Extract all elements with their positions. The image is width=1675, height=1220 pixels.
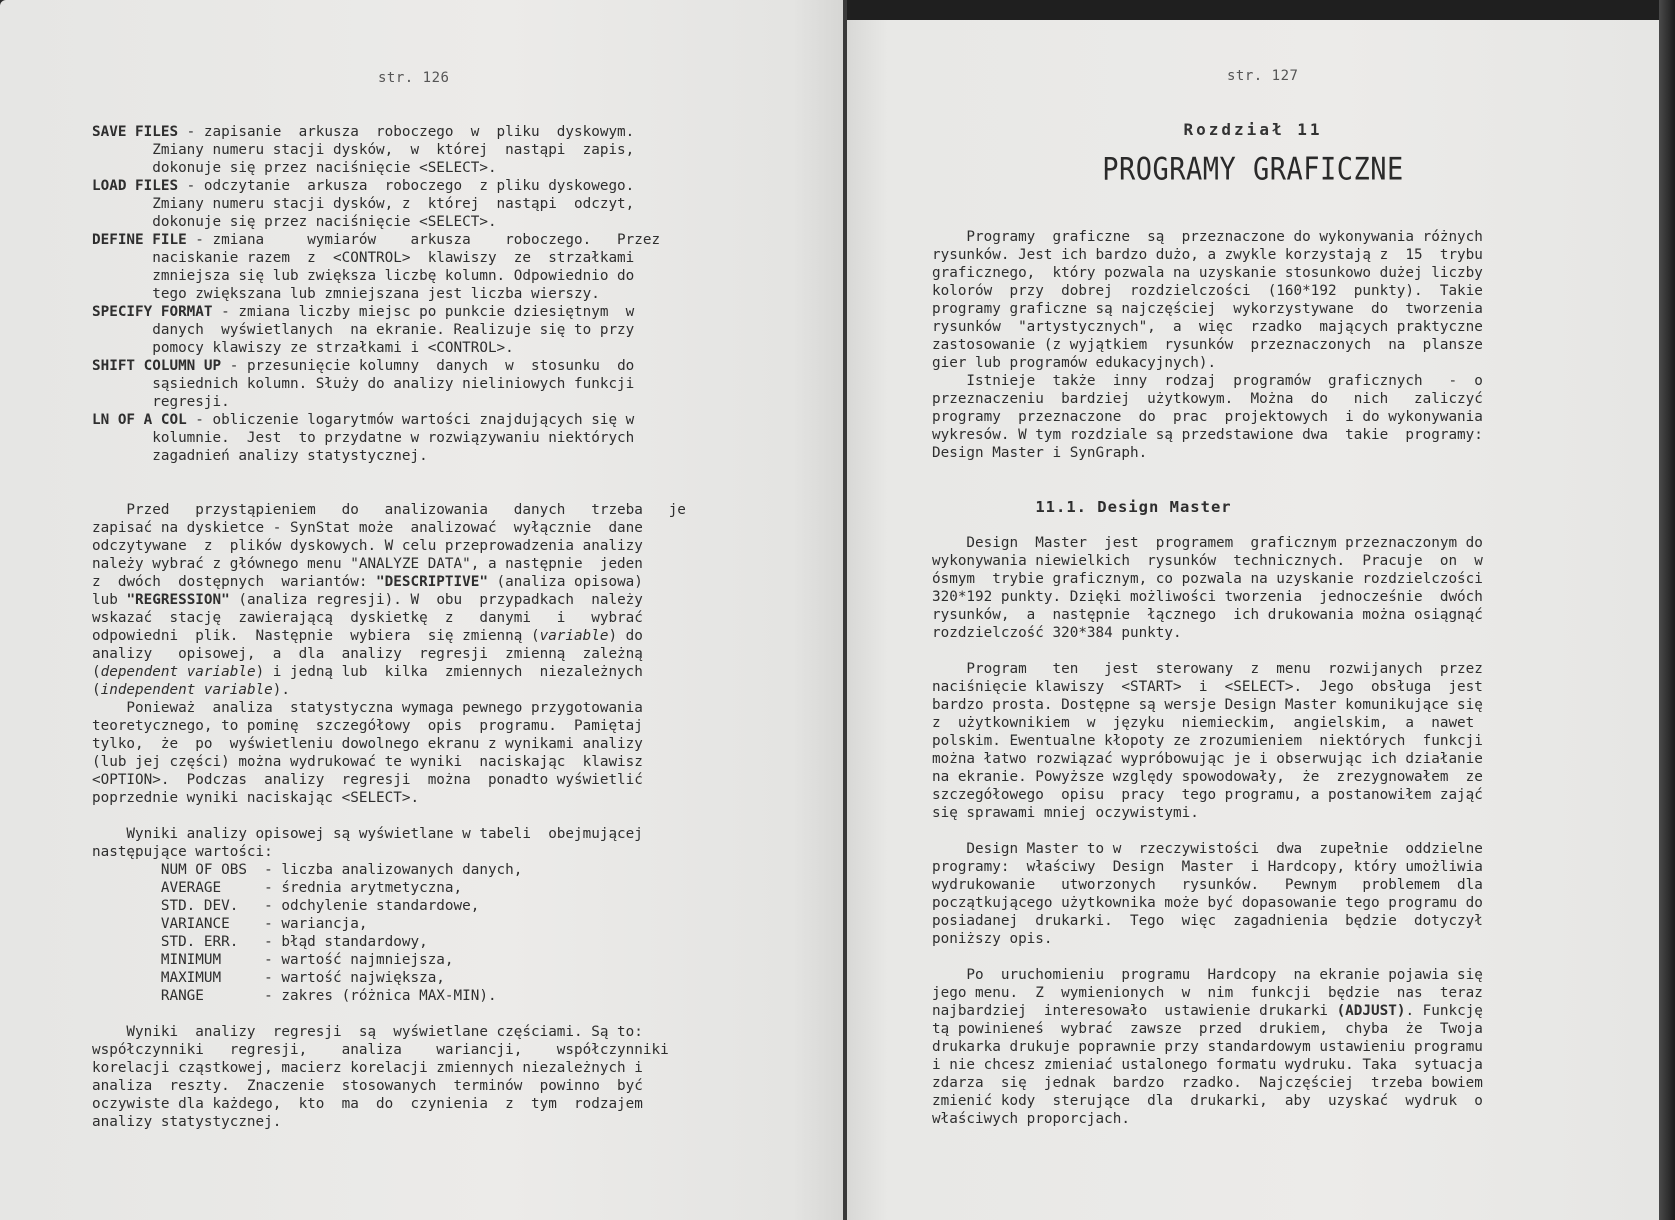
paragraph-line: bardzo prosta. Dostępne są wersje Design… xyxy=(932,696,1483,714)
paragraph-line: drukarka drukuje poprawnie przy standard… xyxy=(932,1038,1483,1056)
definition-item: LOAD FILES - odczytanie arkusza roboczeg… xyxy=(92,177,686,195)
paragraph-line: Design Master to w rzeczywistości dwa zu… xyxy=(932,840,1483,858)
paragraph-line: poprzednie wyniki naciskając <SELECT>. xyxy=(92,789,686,807)
paragraph-line: rysunków "artystycznych", a więc rzadko … xyxy=(932,318,1483,336)
definition-item: SAVE FILES - zapisanie arkusza roboczego… xyxy=(92,123,686,141)
paragraph-line: początkującego użytkownika może być dopa… xyxy=(932,894,1483,912)
definition-item: LN OF A COL - obliczenie logarytmów wart… xyxy=(92,411,686,429)
paragraph-line: Wyniki analizy opisowej są wyświetlane w… xyxy=(92,825,686,843)
paragraph-line: można łatwo rozwiązać wypróbowując je i … xyxy=(932,750,1483,768)
paragraph-line: Ponieważ analiza statystyczna wymaga pew… xyxy=(92,699,686,717)
paragraph-line: Po uruchomieniu programu Hardcopy na ekr… xyxy=(932,966,1483,984)
definition-text: - zapisanie arkusza roboczego w pliku dy… xyxy=(178,124,634,140)
paragraph-line: odczytywane z plików dyskowych. W celu p… xyxy=(92,537,686,555)
paragraph-line: należy wybrać z głównego menu "ANALYZE D… xyxy=(92,555,686,573)
chapter-title: PROGRAMY GRAFICZNE xyxy=(847,152,1659,188)
paragraph-line: wydrukowanie utworzonych rysunków. Pewny… xyxy=(932,876,1483,894)
paragraph-line: Wyniki analizy regresji są wyświetlane c… xyxy=(92,1023,686,1041)
definition-text: - obliczenie logarytmów wartości znajduj… xyxy=(187,412,635,428)
definition-continuation: regresji. xyxy=(92,393,686,411)
paragraph-line: analiza reszty. Znaczenie stosowanych te… xyxy=(92,1077,686,1095)
paragraph-line: właściwych proporcjach. xyxy=(932,1110,1483,1128)
right-page-body: Programy graficzne są przeznaczone do wy… xyxy=(932,228,1483,1128)
blank-line xyxy=(92,483,686,501)
paragraph-line: naciśnięcie klawiszy <START> i <SELECT>.… xyxy=(932,678,1483,696)
stats-list-item: MINIMUM - wartość najmniejsza, xyxy=(92,951,686,969)
paragraph-line: zmienić kody sterujące dla drukarki, aby… xyxy=(932,1092,1483,1110)
paragraph-line: najbardziej interesowało ustawienie druk… xyxy=(932,1002,1483,1020)
paragraph-line: zapisać na dyskietce - SynStat może anal… xyxy=(92,519,686,537)
paragraph-line: lub "REGRESSION" (analiza regresji). W o… xyxy=(92,591,686,609)
page-number-right: str. 127 xyxy=(1227,68,1298,84)
paragraph-line: ósmym trybie graficznym, co pozwala na u… xyxy=(932,570,1483,588)
paragraph-line: z użytkownikiem w języku niemieckim, ang… xyxy=(932,714,1483,732)
definition-continuation: danych wyświetlanych na ekranie. Realizu… xyxy=(92,321,686,339)
definition-term: DEFINE FILE xyxy=(92,232,187,248)
paragraph-line: Istnieje także inny rodzaj programów gra… xyxy=(932,372,1483,390)
blank-line xyxy=(92,465,686,483)
paragraph-line: Design Master i SynGraph. xyxy=(932,444,1483,462)
blank-line xyxy=(92,807,686,825)
paragraph-line: Programy graficzne są przeznaczone do wy… xyxy=(932,228,1483,246)
paragraph-line: teoretycznego, to pominę szczegółowy opi… xyxy=(92,717,686,735)
paragraph-line: Przed przystąpieniem do analizowania dan… xyxy=(92,501,686,519)
paragraph-line: tylko, że po wyświetleniu dowolnego ekra… xyxy=(92,735,686,753)
paragraph-line: analizy opisowej, a dla analizy regresji… xyxy=(92,645,686,663)
definition-continuation: dokonuje się przez naciśnięcie <SELECT>. xyxy=(92,159,686,177)
definition-continuation: Zmiany numeru stacji dysków, z której na… xyxy=(92,195,686,213)
definition-text: - zmiana wymiarów arkusza roboczego. Prz… xyxy=(187,232,660,248)
paragraph-line: rozdzielczość 320*384 punkty. xyxy=(932,624,1483,642)
paragraph-line: kolorów przy dobrej rozdzielczości (160*… xyxy=(932,282,1483,300)
definition-continuation: Zmiany numeru stacji dysków, w której na… xyxy=(92,141,686,159)
definition-continuation: zmniejsza się lub zwiększa liczbę kolumn… xyxy=(92,267,686,285)
blank-line xyxy=(92,1005,686,1023)
definition-continuation: sąsiednich kolumn. Służy do analizy niel… xyxy=(92,375,686,393)
paragraph-line: posiadanej drukarki. Tego więc zagadnien… xyxy=(932,912,1483,930)
definition-term: LN OF A COL xyxy=(92,412,187,428)
paragraph-line: na ekranie. Powyższe względy spowodowały… xyxy=(932,768,1483,786)
blank-line xyxy=(932,822,1483,840)
definition-term: SPECIFY FORMAT xyxy=(92,304,213,320)
paragraph-line: programy przeznaczone do prac projektowy… xyxy=(932,408,1483,426)
page-number-left: str. 126 xyxy=(378,70,449,86)
paragraph-line: zastosowanie (z wyjątkiem rysunków przez… xyxy=(932,336,1483,354)
chapter-label: Rozdział 11 xyxy=(847,120,1659,139)
stats-list-item: STD. ERR. - błąd standardowy, xyxy=(92,933,686,951)
book-top-shadow xyxy=(843,0,1675,20)
paragraph-line: wykonywania niewielkich rysunków technic… xyxy=(932,552,1483,570)
paragraph-line: przeznaczeniu bardziej użytkowym. Można … xyxy=(932,390,1483,408)
definition-text: - przesunięcie kolumny danych w stosunku… xyxy=(221,358,634,374)
paragraph-line: rysunków. Jest ich bardzo dużo, a zwykle… xyxy=(932,246,1483,264)
definition-item: SPECIFY FORMAT - zmiana liczby miejsc po… xyxy=(92,303,686,321)
stats-list-item: RANGE - zakres (różnica MAX-MIN). xyxy=(92,987,686,1005)
stats-list-item: VARIANCE - wariancja, xyxy=(92,915,686,933)
definition-text: - odczytanie arkusza roboczego z pliku d… xyxy=(178,178,634,194)
right-page: str. 127 Rozdział 11 PROGRAMY GRAFICZNE … xyxy=(847,20,1659,1220)
definition-continuation: dokonuje się przez naciśnięcie <SELECT>. xyxy=(92,213,686,231)
paragraph-line: wskazać stację zawierającą dyskietkę z d… xyxy=(92,609,686,627)
stats-list-item: NUM OF OBS - liczba analizowanych danych… xyxy=(92,861,686,879)
stats-list-item: STD. DEV. - odchylenie standardowe, xyxy=(92,897,686,915)
blank-line xyxy=(932,948,1483,966)
paragraph-line: współczynniki regresji, analiza wariancj… xyxy=(92,1041,686,1059)
paragraph-line: z dwóch dostępnych wariantów: "DESCRIPTI… xyxy=(92,573,686,591)
paragraph-line: korelacji cząstkowej, macierz korelacji … xyxy=(92,1059,686,1077)
paragraph-line: (lub jej części) można wydrukować te wyn… xyxy=(92,753,686,771)
definition-item: SHIFT COLUMN UP - przesunięcie kolumny d… xyxy=(92,357,686,375)
stats-list-item: MAXIMUM - wartość największa, xyxy=(92,969,686,987)
paragraph-line: <OPTION>. Podczas analizy regresji można… xyxy=(92,771,686,789)
paragraph-line: (independent variable). xyxy=(92,681,686,699)
paragraph-line: polskim. Ewentualne kłopoty ze zrozumien… xyxy=(932,732,1483,750)
paragraph-line: programy graficzne są najczęściej wykorz… xyxy=(932,300,1483,318)
paragraph-line: 320*192 punkty. Dzięki możliwości tworze… xyxy=(932,588,1483,606)
paragraph-line: gier lub programów edukacyjnych). xyxy=(932,354,1483,372)
paragraph-line: szczegółowego opisu pracy tego programu,… xyxy=(932,786,1483,804)
definition-continuation: tego zwiększana lub zmniejszana jest lic… xyxy=(92,285,686,303)
definition-continuation: kolumnie. Jest to przydatne w rozwiązywa… xyxy=(92,429,686,447)
paragraph-line: Program ten jest sterowany z menu rozwij… xyxy=(932,660,1483,678)
paragraph-line: programy: właściwy Design Master i Hardc… xyxy=(932,858,1483,876)
definition-term: LOAD FILES xyxy=(92,178,178,194)
paragraph-line: Design Master jest programem graficznym … xyxy=(932,534,1483,552)
definition-continuation: zagadnień analizy statystycznej. xyxy=(92,447,686,465)
paragraph-line: rysunków, a następnie łącznego ich druko… xyxy=(932,606,1483,624)
blank-line xyxy=(932,462,1483,480)
paragraph-line: oczywiste dla każdego, kto ma do czynien… xyxy=(92,1095,686,1113)
blank-line xyxy=(932,516,1483,534)
paragraph-line: analizy statystycznej. xyxy=(92,1113,686,1131)
paragraph-line: jego menu. Z wymienionych w nim funkcji … xyxy=(932,984,1483,1002)
blank-line xyxy=(932,480,1483,498)
paragraph-line: poniższy opis. xyxy=(932,930,1483,948)
left-page: str. 126 SAVE FILES - zapisanie arkusza … xyxy=(0,0,843,1220)
paragraph-line: następujące wartości: xyxy=(92,843,686,861)
paragraph-line: (dependent variable) i jedną lub kilka z… xyxy=(92,663,686,681)
paragraph-line: wykresów. W tym rozdziale są przedstawio… xyxy=(932,426,1483,444)
definition-item: DEFINE FILE - zmiana wymiarów arkusza ro… xyxy=(92,231,686,249)
left-page-body: SAVE FILES - zapisanie arkusza roboczego… xyxy=(92,123,686,1131)
definition-term: SHIFT COLUMN UP xyxy=(92,358,221,374)
section-title: 11.1. Design Master xyxy=(932,498,1483,516)
paragraph-line: odpowiedni plik. Następnie wybiera się z… xyxy=(92,627,686,645)
stats-list-item: AVERAGE - średnia arytmetyczna, xyxy=(92,879,686,897)
blank-line xyxy=(932,642,1483,660)
definition-continuation: pomocy klawiszy ze strzałkami i <CONTROL… xyxy=(92,339,686,357)
definition-text: - zmiana liczby miejsc po punkcie dziesi… xyxy=(213,304,635,320)
paragraph-line: się sprawami mniej oczywistymi. xyxy=(932,804,1483,822)
paragraph-line: zdarza się jednak bardzo rzadko. Najczęś… xyxy=(932,1074,1483,1092)
definition-term: SAVE FILES xyxy=(92,124,178,140)
definition-continuation: naciskanie razem z <CONTROL> klawiszy ze… xyxy=(92,249,686,267)
paragraph-line: tą powinieneś wybrać zawsze przed drukie… xyxy=(932,1020,1483,1038)
book-edge xyxy=(1659,0,1675,1220)
paragraph-line: i nie chcesz zmieniać ustalonego formatu… xyxy=(932,1056,1483,1074)
paragraph-line: graficznego, który pozwala na uzyskanie … xyxy=(932,264,1483,282)
